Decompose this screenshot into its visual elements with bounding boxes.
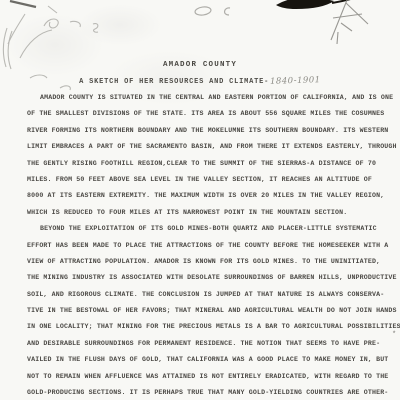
text-line: OF THE SMALLEST DIVISIONS OF THE STATE. … bbox=[27, 106, 397, 122]
margin-mark: * bbox=[392, 331, 396, 339]
title-block: AMADOR COUNTY A SKETCH OF HER RESOURCES … bbox=[20, 61, 380, 86]
text-line: LIMIT EMBRACES A PART OF THE SACRAMENTO … bbox=[27, 139, 397, 155]
text-line: AMADOR COUNTY IS SITUATED IN THE CENTRAL… bbox=[27, 90, 397, 106]
text-line: BEYOND THE EXPLOITATION OF ITS GOLD MINE… bbox=[27, 221, 397, 237]
document-body: AMADOR COUNTY IS SITUATED IN THE CENTRAL… bbox=[27, 90, 397, 400]
text-line: MILES. FROM 50 FEET ABOVE SEA LEVEL IN T… bbox=[27, 172, 397, 188]
text-line: VIEW OF ATTRACTING POPULATION. AMADOR IS… bbox=[27, 254, 397, 270]
page-background: AMADOR COUNTY A SKETCH OF HER RESOURCES … bbox=[0, 0, 400, 400]
text-line: SOIL, AND RIGOROUS CLIMATE. THE CONCLUSI… bbox=[27, 287, 397, 303]
scanned-document-page: { "doc": { "title": "AMADOR COUNTY", "su… bbox=[0, 0, 400, 400]
pencil-lines-top-right-icon bbox=[331, 0, 368, 44]
text-line: VAILED IN THE FLUSH DAYS OF GOLD, THAT C… bbox=[27, 352, 397, 368]
text-line: 8000 AT ITS EASTERN EXTREMITY. THE MAXIM… bbox=[27, 188, 397, 204]
text-line: THE MINING INDUSTRY IS ASSOCIATED WITH D… bbox=[27, 270, 397, 286]
text-line: THE GENTLY RISING FOOTHILL REGION,CLEAR … bbox=[27, 156, 397, 172]
text-line: NOT TO REMAIN WHEN AFFLUENCE WAS ATTAINE… bbox=[27, 369, 397, 385]
text-line: GOLD-PRODUCING SECTIONS. IT IS PERHAPS T… bbox=[27, 385, 397, 400]
text-line: IN ONE LOCALITY; THAT MINING FOR THE PRE… bbox=[27, 319, 397, 335]
paragraph-1: AMADOR COUNTY IS SITUATED IN THE CENTRAL… bbox=[27, 90, 397, 221]
paragraph-2: BEYOND THE EXPLOITATION OF ITS GOLD MINE… bbox=[27, 221, 397, 400]
text-line: EFFORT HAS BEEN MADE TO PLACE THE ATTRAC… bbox=[27, 238, 397, 254]
handwritten-date: 1840-1901 bbox=[270, 75, 321, 87]
text-line: WHICH IS REDUCED TO FOUR MILES AT ITS NA… bbox=[27, 205, 397, 221]
oval-and-c-mark-icon bbox=[195, 6, 230, 16]
subtitle-typed-text: A SKETCH OF HER RESOURCES AND CLIMATE- bbox=[79, 78, 269, 86]
text-line: TIVE IN THE BESTOWAL OF HER FAVORS; THAT… bbox=[27, 303, 397, 319]
ink-blob-icon bbox=[276, 0, 354, 9]
pencil-dash-mark bbox=[10, 1, 36, 7]
text-line: AND DESIRABLE SURROUNDINGS FOR PERMANENT… bbox=[27, 336, 397, 352]
document-title: AMADOR COUNTY bbox=[20, 61, 380, 69]
text-line: RIVER FORMING ITS NORTHERN BOUNDARY AND … bbox=[27, 123, 397, 139]
document-subtitle: A SKETCH OF HER RESOURCES AND CLIMATE-18… bbox=[20, 76, 380, 86]
